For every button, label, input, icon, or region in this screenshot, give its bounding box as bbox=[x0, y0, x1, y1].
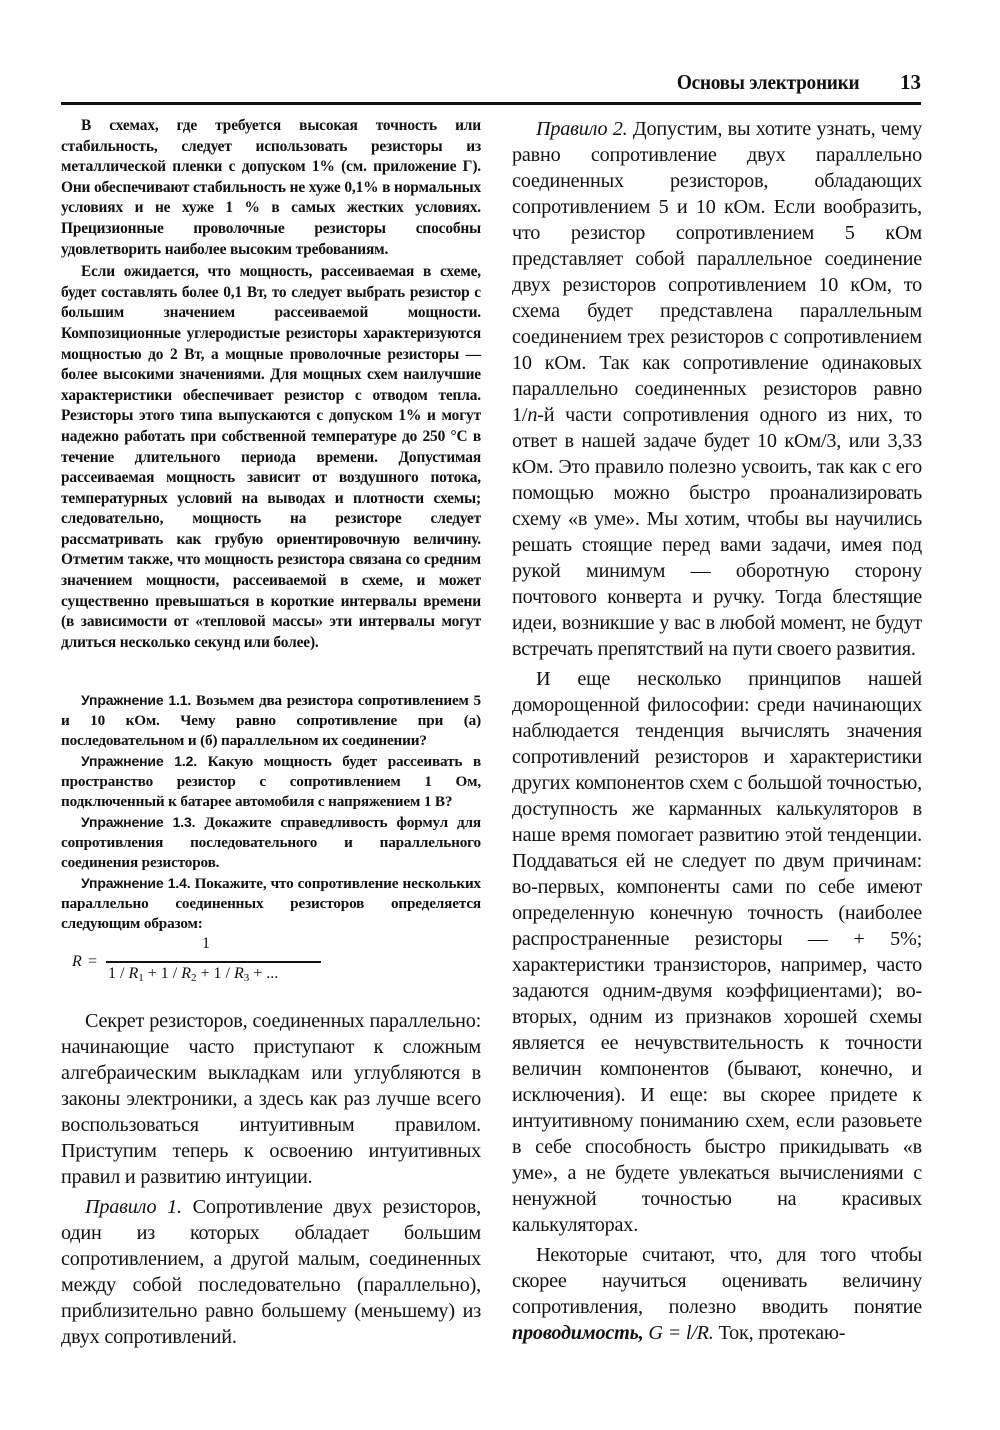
header-rule bbox=[61, 102, 921, 105]
conductance-formula: G = l/R. bbox=[644, 1322, 714, 1344]
conductance-term: проводимость, bbox=[512, 1322, 644, 1344]
den-term: + 1 / bbox=[196, 965, 233, 982]
running-header: Основы электроники 13 bbox=[61, 64, 921, 102]
paragraph-parallel-secret: Секрет резисторов, соединенных параллель… bbox=[61, 1008, 481, 1190]
den-var: R bbox=[181, 965, 191, 982]
rule-1-label: Правило 1. bbox=[85, 1196, 182, 1218]
parallel-resistance-formula: R = 1 1 / R1 + 1 / R2 + 1 / R3 + ... bbox=[72, 935, 332, 990]
formula-numerator: 1 bbox=[202, 935, 210, 953]
paragraph-metal-film-resistors: В схемах, где требуется высокая точность… bbox=[61, 116, 481, 260]
exercise-label: Упражнение 1.2. bbox=[81, 753, 197, 769]
paragraph-conductance: Некоторые считают, что, для того чтобы с… bbox=[512, 1242, 922, 1346]
fraction-bar bbox=[106, 961, 321, 963]
header-title: Основы электроники bbox=[676, 70, 859, 95]
den-var: R bbox=[128, 965, 138, 982]
den-term: 1 / bbox=[108, 965, 128, 982]
paragraph-rule-2: Правило 2. Допустим, вы хотите узнать, ч… bbox=[512, 116, 922, 662]
conductance-text-b: Ток, протекаю- bbox=[714, 1322, 846, 1344]
left-small-print-section: В схемах, где требуется высокая точность… bbox=[61, 116, 481, 653]
den-var: R bbox=[234, 965, 244, 982]
paragraph-power-dissipation: Если ожидается, что мощность, рассеиваем… bbox=[61, 262, 481, 653]
right-main-text: Правило 2. Допустим, вы хотите узнать, ч… bbox=[512, 116, 922, 1346]
exercise-label: Упражнение 1.1. bbox=[81, 692, 191, 708]
exercise-1-2: Упражнение 1.2. Какую мощность будет рас… bbox=[61, 751, 481, 812]
exercise-label: Упражнение 1.3. bbox=[81, 814, 195, 830]
rule-2-n: n bbox=[527, 404, 537, 426]
exercise-1-3: Упражнение 1.3. Докажите справедливость … bbox=[61, 812, 481, 873]
formula-denominator: 1 / R1 + 1 / R2 + 1 / R3 + ... bbox=[108, 965, 278, 984]
paragraph-philosophy: И еще несколько принципов нашей домороще… bbox=[512, 666, 922, 1238]
formula-equals: = bbox=[88, 953, 97, 971]
page-number: 13 bbox=[900, 70, 921, 95]
exercise-1-4: Упражнение 1.4. Покажите, что сопротивле… bbox=[61, 873, 481, 934]
exercise-label: Упражнение 1.4. bbox=[81, 875, 190, 891]
rule-2-label: Правило 2. bbox=[536, 118, 628, 140]
left-main-text: Секрет резисторов, соединенных параллель… bbox=[61, 1008, 481, 1350]
den-term: + ... bbox=[249, 965, 278, 982]
formula-lhs: R bbox=[72, 953, 82, 971]
rule-2-text-a: Допустим, вы хотите узнать, чему равно с… bbox=[512, 118, 922, 426]
den-term: + 1 / bbox=[144, 965, 181, 982]
rule-1-text: Сопротивление двух резисторов, один из к… bbox=[61, 1196, 481, 1348]
conductance-text-a: Некоторые считают, что, для того чтобы с… bbox=[512, 1244, 922, 1318]
rule-2-text-b: -й части сопротивления одного из них, то… bbox=[512, 404, 922, 660]
exercise-1-1: Упражнение 1.1. Возьмем два резистора со… bbox=[61, 690, 481, 751]
exercises-section: Упражнение 1.1. Возьмем два резистора со… bbox=[61, 690, 481, 934]
paragraph-rule-1: Правило 1. Сопротивление двух резисторов… bbox=[61, 1194, 481, 1350]
